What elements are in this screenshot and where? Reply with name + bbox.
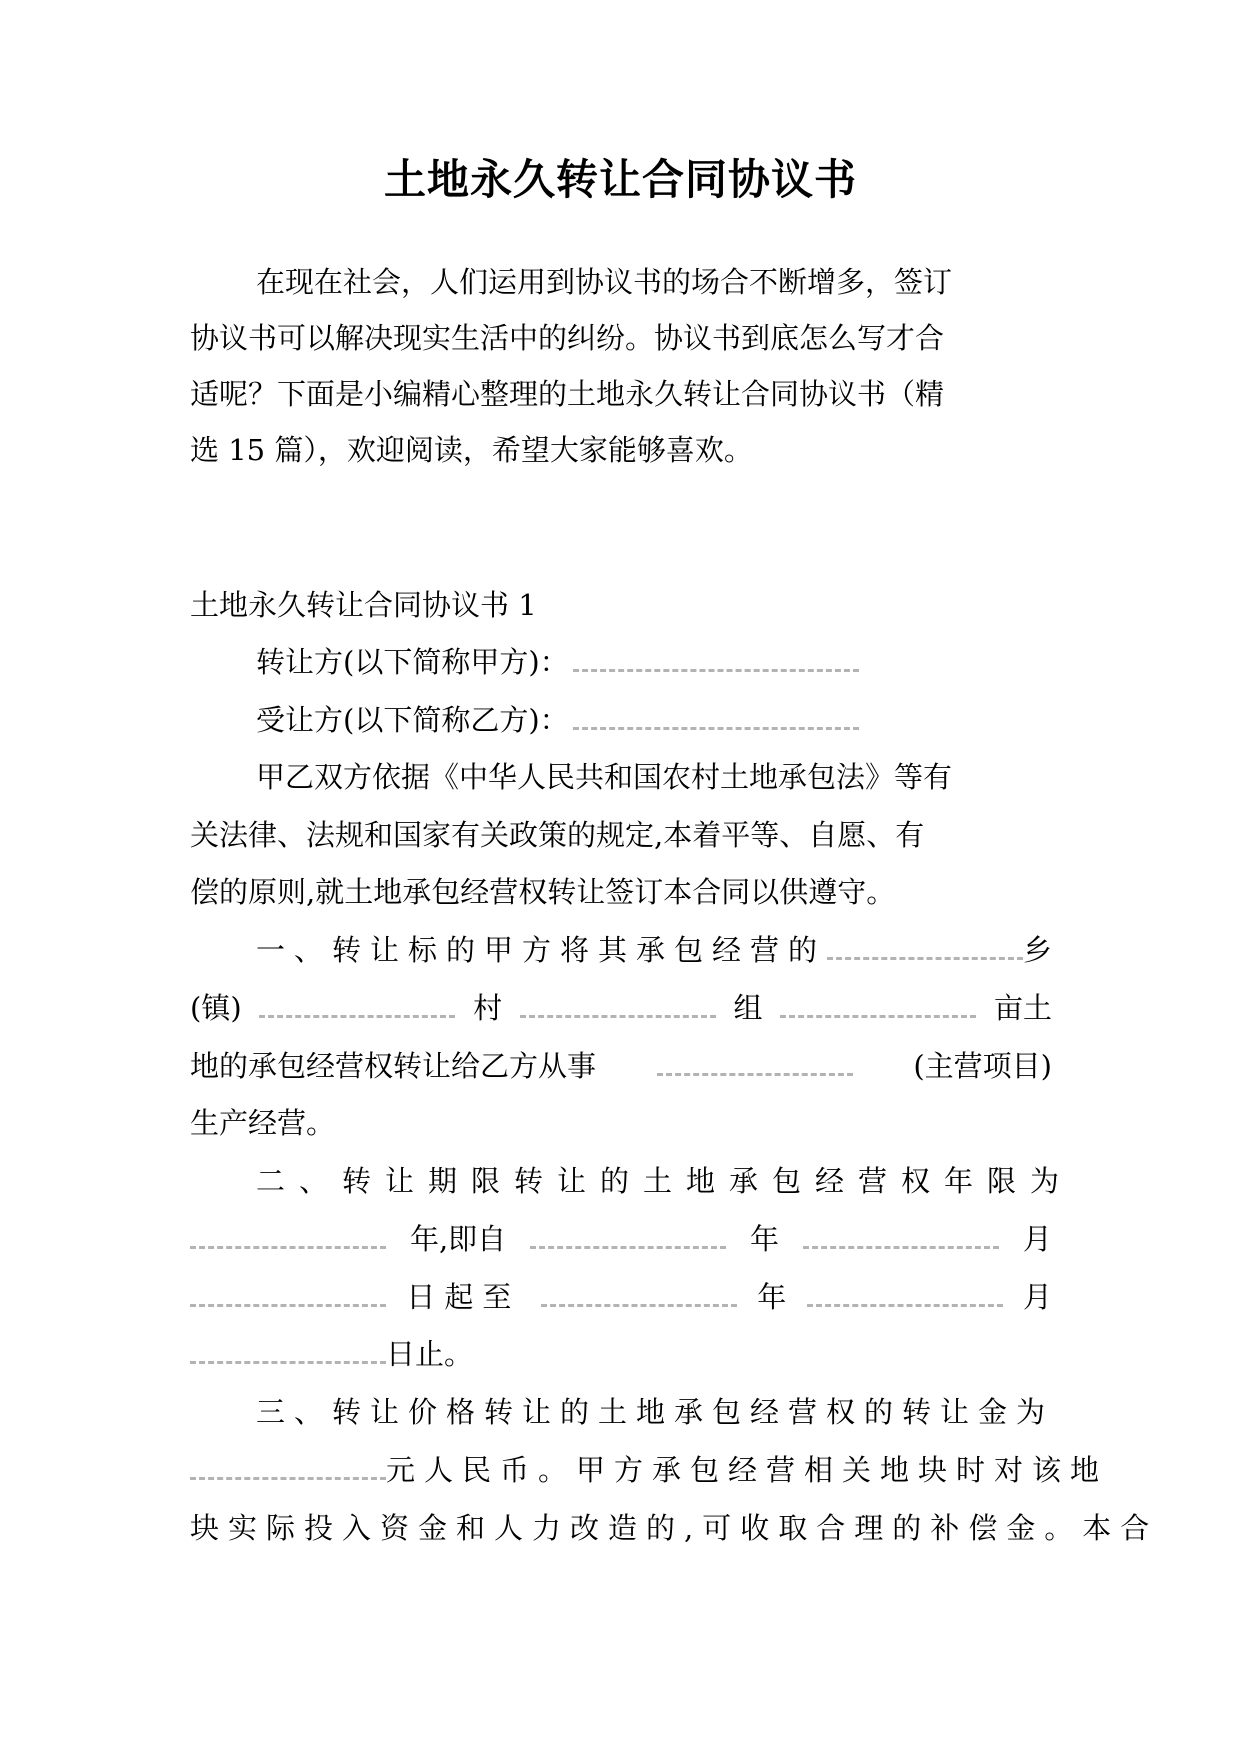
clause1-line-2: (镇) 村 组 亩土 — [190, 988, 1052, 1028]
clause1-text: 地的承包经营权转让给乙方从事 — [190, 1046, 596, 1086]
intro-line-2: 协议书可以解决现实生活中的纠纷。协议书到底怎么写才合 — [190, 318, 1052, 358]
clause1-village-label: 村 — [473, 988, 502, 1028]
clause3-line-3: 块实际投入资金和人力改造的,可收取合理的补偿金。本合 — [190, 1508, 1052, 1548]
document-page: 土地永久转让合同协议书 在现在社会，人们运用到协议书的场合不断增多，签订 协议书… — [0, 0, 1241, 1754]
start-month-label: 月 — [1023, 1219, 1052, 1259]
party-b-row: 受让方(以下简称乙方)： — [190, 700, 1052, 740]
start-year-label: 年 — [750, 1219, 779, 1259]
end-month-label: 月 — [1023, 1277, 1052, 1317]
clause3-text: 块实际投入资金和人力改造的,可收取合理的补偿金。本合 — [190, 1508, 1158, 1548]
clause2-line-3: 日起至 年 月 — [190, 1277, 1052, 1317]
clause1-group-label: 组 — [734, 988, 763, 1028]
clause1-town-label: (镇) — [190, 988, 242, 1028]
clause2-line-1: 二、转让期限转让的土地承包经营权年限为 — [190, 1161, 1052, 1201]
clause3-text: 三、转让价格转让的土地承包经营权的转让金为 — [256, 1392, 1054, 1432]
section-heading-text: 土地永久转让合同协议书 1 — [190, 585, 537, 625]
intro-line-1: 在现在社会，人们运用到协议书的场合不断增多，签订 — [190, 262, 1052, 302]
clause2-text: 二、转让期限转让的土地承包经营权年限为 — [256, 1161, 1073, 1201]
preamble-text: 关法律、法规和国家有关政策的规定,本着平等、自愿、有 — [190, 815, 924, 855]
section-heading: 土地永久转让合同协议书 1 — [190, 585, 1052, 625]
end-month-field[interactable] — [807, 1278, 1003, 1307]
intro-text: 在现在社会，人们运用到协议书的场合不断增多，签订 — [256, 262, 952, 302]
party-a-label: 转让方(以下简称甲方)： — [256, 642, 569, 682]
years-field[interactable] — [190, 1220, 386, 1249]
clause1-text: 一、转让标的甲方将其承包经营的 — [256, 930, 826, 970]
acreage-field[interactable] — [780, 989, 976, 1018]
price-field[interactable] — [190, 1451, 386, 1480]
end-day-field[interactable] — [190, 1335, 386, 1364]
clause1-text: 生产经营。 — [190, 1103, 335, 1143]
village-blank-field[interactable] — [259, 989, 455, 1018]
years-label: 年,即自 — [410, 1219, 506, 1259]
clause1-line-1: 一、转让标的甲方将其承包经营的 乡 — [190, 930, 1052, 970]
intro-text: 协议书可以解决现实生活中的纠纷。协议书到底怎么写才合 — [190, 318, 944, 358]
party-a-row: 转让方(以下简称甲方)： — [190, 642, 1052, 682]
intro-text: 选 15 篇），欢迎阅读，希望大家能够喜欢。 — [190, 430, 753, 470]
end-year-field[interactable] — [541, 1278, 737, 1307]
intro-line-3: 适呢？下面是小编精心整理的土地永久转让合同协议书（精 — [190, 374, 1052, 414]
end-day-label: 日止。 — [386, 1334, 473, 1374]
clause3-text: 元人民币。甲方承包经营相关地块时对该地 — [386, 1450, 1108, 1490]
preamble-line-3: 偿的原则,就土地承包经营权转让签订本合同以供遵守。 — [190, 872, 1052, 912]
intro-text: 适呢？下面是小编精心整理的土地永久转让合同协议书（精 — [190, 374, 944, 414]
preamble-text: 甲乙双方依据《中华人民共和国农村土地承包法》等有 — [256, 757, 952, 797]
group-blank-field[interactable] — [520, 989, 716, 1018]
document-title: 土地永久转让合同协议书 — [0, 152, 1241, 208]
preamble-text: 偿的原则,就土地承包经营权转让签订本合同以供遵守。 — [190, 872, 895, 912]
clause1-acre-label: 亩土 — [994, 988, 1052, 1028]
clause1-suffix: 乡 — [1023, 930, 1052, 970]
clause3-line-2: 元人民币。甲方承包经营相关地块时对该地 — [190, 1450, 1052, 1490]
end-year-label: 年 — [757, 1277, 786, 1317]
clause2-line-4: 日止。 — [190, 1334, 1052, 1374]
clause1-line-4: 生产经营。 — [190, 1103, 1052, 1143]
clause3-line-1: 三、转让价格转让的土地承包经营权的转让金为 — [190, 1392, 1052, 1432]
main-project-field[interactable] — [657, 1047, 853, 1076]
party-b-label: 受让方(以下简称乙方)： — [256, 700, 569, 740]
party-b-field[interactable] — [573, 701, 859, 730]
start-day-label: 日起至 — [406, 1277, 520, 1317]
preamble-line-2: 关法律、法规和国家有关政策的规定,本着平等、自愿、有 — [190, 815, 1052, 855]
township-field[interactable] — [827, 931, 1023, 960]
start-year-field[interactable] — [530, 1220, 726, 1249]
party-a-field[interactable] — [573, 643, 859, 672]
start-month-field[interactable] — [803, 1220, 999, 1249]
intro-line-4: 选 15 篇），欢迎阅读，希望大家能够喜欢。 — [190, 430, 1052, 470]
clause2-line-2: 年,即自 年 月 — [190, 1219, 1052, 1259]
preamble-line-1: 甲乙双方依据《中华人民共和国农村土地承包法》等有 — [190, 757, 1052, 797]
clause1-project-label: (主营项目) — [913, 1046, 1052, 1086]
start-day-field[interactable] — [190, 1278, 386, 1307]
clause1-line-3: 地的承包经营权转让给乙方从事 (主营项目) — [190, 1046, 1052, 1086]
